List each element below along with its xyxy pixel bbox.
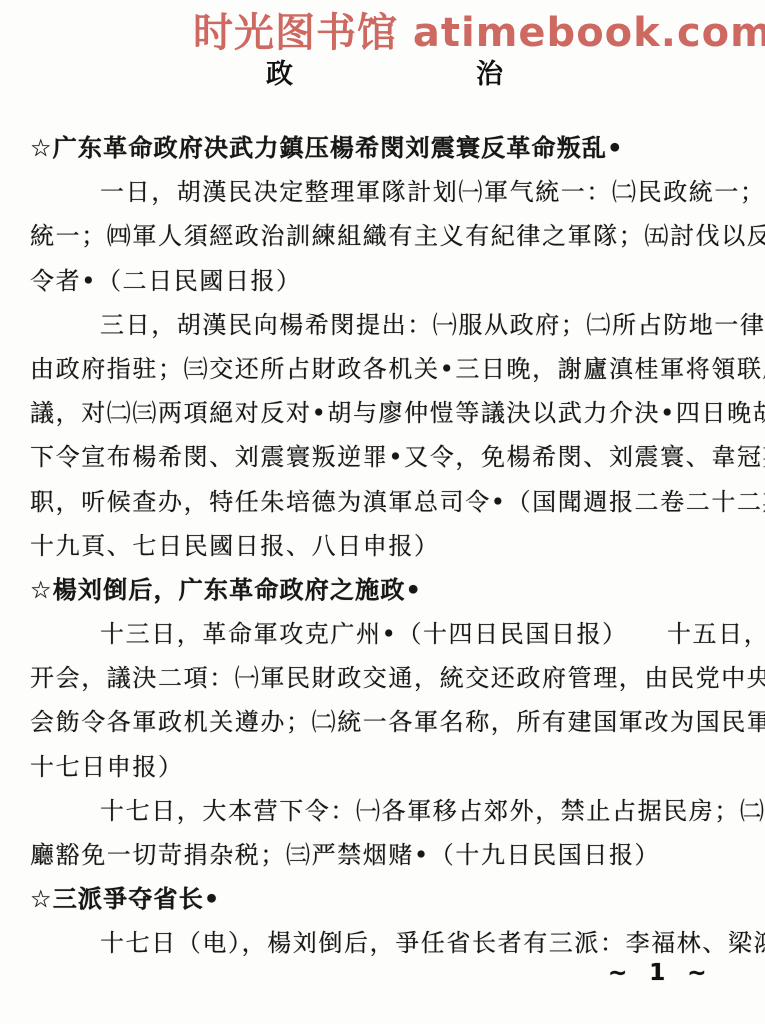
site-watermark: 时光图书馆 atimebook.com <box>193 1 765 58</box>
text-line: 会飭令各軍政机关遵办；㈡統一各軍名称，所有建国軍改为国民軍•（ <box>30 700 742 744</box>
text-line: 下令宣布楊希閔、刘震寰叛逆罪•又令，免楊希閔、刘震寰、韋冠英等 <box>30 435 742 479</box>
text-line: 开会，議決二項：㈠軍民財政交通，統交还政府管理，由民党中央委員 <box>30 656 742 700</box>
text-line: 十七日申报） <box>30 745 742 789</box>
text-line: 由政府指驻；㈢交还所占財政各机关•三日晚，謝廬滇桂軍将領联席会 <box>30 347 742 391</box>
page-title-char-right: 治 <box>476 52 503 91</box>
section-heading: ☆三派爭夺省长• <box>30 877 742 921</box>
text-line: 十三日，革命軍攻克广州•（十四日民国日报） 十五日，大本营 <box>30 612 742 656</box>
text-line: 廳豁免一切苛捐杂税；㈢严禁烟赌•（十九日民国日报） <box>30 833 742 877</box>
text-line: 职，听候查办，特任朱培德为滇軍总司令•（国聞週报二卷二十二期三 <box>30 480 742 524</box>
section-heading: ☆广东革命政府决武力鎮压楊希閔刘震寰反革命叛乱• <box>30 126 742 170</box>
text-line: 議，对㈡㈢两項絕对反对•胡与廖仲愷等議決以武力介決•四日晚胡卽 <box>30 391 742 435</box>
text-line: 十七日，大本营下令：㈠各軍移占郊外，禁止占据民房；㈡令財政 <box>30 789 742 833</box>
text-line: 統一；㈣軍人須經政治訓練組織有主义有紀律之軍隊；㈤討伐以反抗命 <box>30 214 742 258</box>
text-line: 十七日（电），楊刘倒后，爭任省长者有三派：李福林、梁鴻楷、 <box>30 921 742 965</box>
page-title: 政 治 <box>0 52 765 86</box>
text-line: 三日，胡漢民向楊希閔提出：㈠服从政府；㈡所占防地一律交出， <box>30 303 742 347</box>
text-line: 十九頁、七日民國日报、八日申报） <box>30 524 742 568</box>
page-title-char-left: 政 <box>266 52 293 91</box>
section-heading: ☆楊刘倒后，广东革命政府之施政• <box>30 568 742 612</box>
scanned-book-page: 时光图书馆 atimebook.com 政 治 ☆广东革命政府决武力鎮压楊希閔刘… <box>0 0 765 1024</box>
content: ☆广东革命政府决武力鎮压楊希閔刘震寰反革命叛乱•一日，胡漢民决定整理軍隊計划㈠軍… <box>30 126 742 966</box>
page-number: ~ 1 ~ <box>608 960 714 986</box>
text-line: 一日，胡漢民决定整理軍隊計划㈠軍气統一：㈡民政統一；㈢財政 <box>30 170 742 214</box>
text-line: 令者•（二日民國日报） <box>30 259 742 303</box>
